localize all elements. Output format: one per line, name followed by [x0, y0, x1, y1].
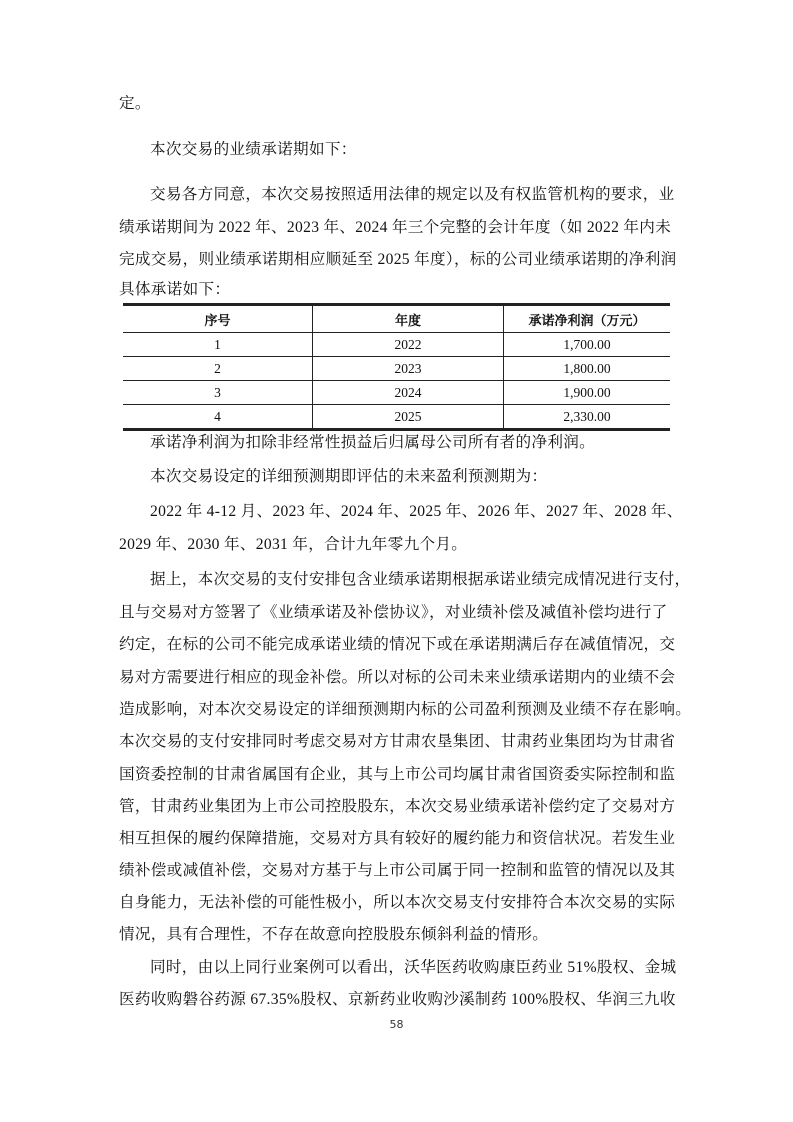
paragraph-line: 交易各方同意，本次交易按照适用法律的规定以及有权监管机构的要求，业: [150, 185, 675, 205]
paragraph-line: 自身能力，无法补偿的可能性极小，所以本次交易支付安排符合本次交易的实际: [119, 893, 675, 913]
paragraph-line: 相互担保的履约保障措施，交易对方具有较好的履约能力和资信状况。若发生业: [119, 829, 675, 849]
paragraph-line: 国资委控制的甘肃省属国有企业，其与上市公司均属甘肃省国资委实际控制和监: [119, 765, 675, 785]
paragraph-line: 定。: [119, 94, 675, 114]
cell-index: 2: [123, 357, 313, 381]
paragraph-line: 造成影响，对本次交易设定的详细预测期内标的公司盈利预测及业绩不存在影响。: [119, 700, 675, 720]
table-header-row: 序号 年度 承诺净利润（万元）: [123, 305, 670, 333]
table-row: 2 2023 1,800.00: [123, 357, 670, 381]
column-header-index: 序号: [123, 305, 313, 333]
paragraph-line: 据上，本次交易的支付安排包含业绩承诺期根据承诺业绩完成情况进行支付，: [150, 570, 675, 590]
paragraph-line: 具体承诺如下：: [119, 280, 675, 300]
paragraph-line: 2029 年、2030 年、2031 年，合计九年零九个月。: [119, 535, 675, 555]
paragraph-line: 绩补偿或减值补偿，交易对方基于与上市公司属于同一控制和监管的情况以及其: [119, 861, 675, 881]
paragraph-line: 且与交易对方签署了《业绩承诺及补偿协议》，对业绩补偿及减值补偿均进行了: [119, 603, 675, 623]
cell-year: 2024: [313, 381, 504, 405]
cell-net-profit: 1,700.00: [504, 333, 671, 357]
cell-net-profit: 1,800.00: [504, 357, 671, 381]
paragraph-line: 管，甘肃药业集团为上市公司控股股东，本次交易业绩承诺补偿约定了交易对方: [119, 797, 675, 817]
paragraph-line: 易对方需要进行相应的现金补偿。所以对标的公司未来业绩承诺期内的业绩不会: [119, 668, 675, 688]
document-page: 定。 本次交易的业绩承诺期如下： 交易各方同意，本次交易按照适用法律的规定以及有…: [0, 0, 793, 1122]
paragraph-line: 约定，在标的公司不能完成承诺业绩的情况下或在承诺期满后存在减值情况，交: [119, 635, 675, 655]
cell-index: 3: [123, 381, 313, 405]
table-row: 4 2025 2,330.00: [123, 405, 670, 430]
cell-year: 2022: [313, 333, 504, 357]
table-row: 3 2024 1,900.00: [123, 381, 670, 405]
paragraph-line: 医药收购磐谷药源 67.35%股权、京新药业收购沙溪制药 100%股权、华润三九…: [119, 990, 675, 1010]
table-row: 1 2022 1,700.00: [123, 333, 670, 357]
cell-year: 2023: [313, 357, 504, 381]
paragraph-line: 绩承诺期间为 2022 年、2023 年、2024 年三个完整的会计年度（如 2…: [119, 218, 675, 238]
paragraph-line: 同时，由以上同行业案例可以看出，沃华医药收购康臣药业 51%股权、金城: [150, 958, 675, 978]
paragraph-line: 情况，具有合理性，不存在故意向控股股东倾斜利益的情形。: [119, 925, 675, 945]
cell-net-profit: 2,330.00: [504, 405, 671, 430]
cell-index: 4: [123, 405, 313, 430]
paragraph-line: 2022 年 4-12 月、2023 年、2024 年、2025 年、2026 …: [150, 502, 675, 522]
paragraph-line: 本次交易的支付安排同时考虑交易对方甘肃农垦集团、甘肃药业集团均为甘肃省: [119, 732, 675, 752]
section-intro: 本次交易的业绩承诺期如下：: [150, 140, 675, 160]
cell-year: 2025: [313, 405, 504, 430]
table-note: 承诺净利润为扣除非经常性损益后归属母公司所有者的净利润。: [150, 433, 675, 453]
cell-index: 1: [123, 333, 313, 357]
paragraph-line: 本次交易设定的详细预测期即评估的未来盈利预测期为：: [150, 467, 675, 487]
page-number: 58: [0, 1018, 793, 1031]
cell-net-profit: 1,900.00: [504, 381, 671, 405]
column-header-year: 年度: [313, 305, 504, 333]
performance-commitment-table: 序号 年度 承诺净利润（万元） 1 2022 1,700.00 2 2023 1…: [123, 303, 670, 431]
paragraph-line: 完成交易，则业绩承诺期相应顺延至 2025 年度），标的公司业绩承诺期的净利润: [119, 250, 675, 270]
column-header-net-profit: 承诺净利润（万元）: [504, 305, 671, 333]
